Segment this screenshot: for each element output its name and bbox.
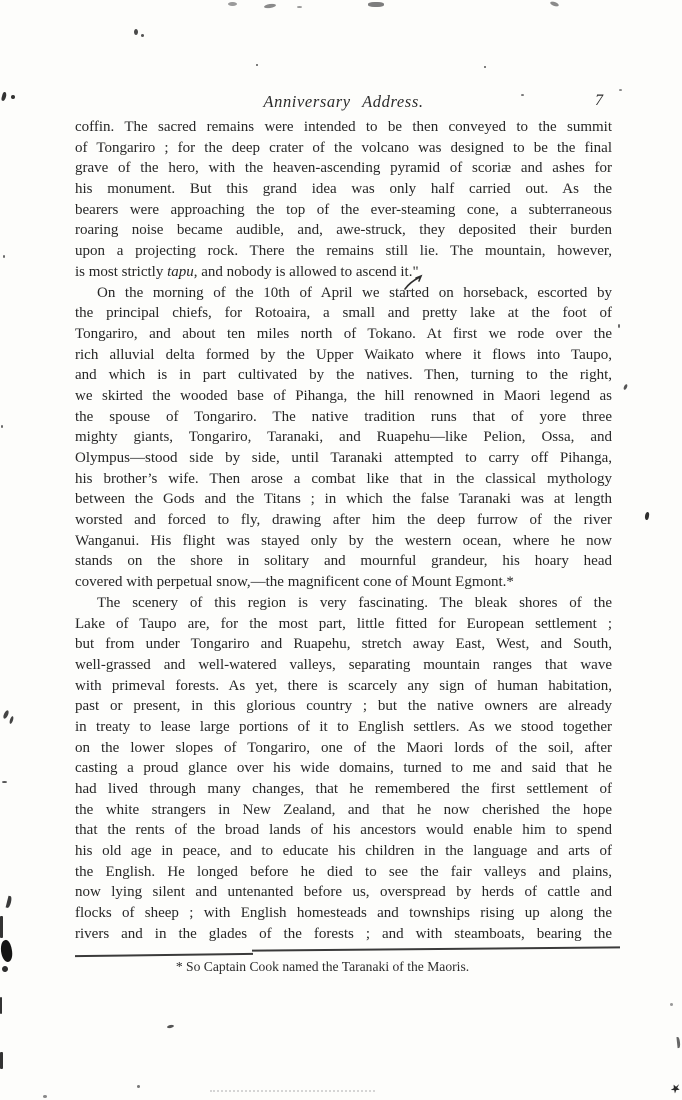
text-line: the English. He longed before he died to… [75,862,612,883]
scan-artifact [1,92,7,102]
scan-artifact [0,1052,3,1069]
scan-artifact [676,1037,680,1048]
text-line: his brother’s wife. Then arose a combat … [75,469,612,490]
scan-artifact [670,1082,682,1095]
scan-artifact [0,916,3,938]
scan-artifact [43,1095,47,1098]
text-line: his old age in peace, and to educate his… [75,841,612,862]
footnote-rule [252,946,620,951]
text-line: On the morning of the 10th of April we s… [75,283,612,304]
text-line: between the Gods and the Titans ; in whi… [75,489,612,510]
text-line: rivers and in the glades of the forests … [75,924,612,945]
scan-artifact [1,425,3,428]
text-line: covered with perpetual snow,—the magnifi… [75,572,612,593]
text-line: Wanganui. His flight was stayed only by … [75,531,612,552]
running-title: Anniversary Address. [75,92,612,112]
scan-artifact [521,94,524,96]
ink-blot [0,939,14,963]
text-line: Lake of Taupo are, for the most part, li… [75,614,612,635]
scan-artifact [484,66,486,68]
text-line: in treaty to lease large portions of it … [75,717,612,738]
text-line: flocks of sheep ; with English homestead… [75,903,612,924]
text-line: on the lower slopes of Tongariro, one of… [75,738,612,759]
scan-artifact [670,1003,673,1006]
page-number: 7 [595,92,603,110]
text-line: past or present, in this glorious countr… [75,696,612,717]
paragraph: On the morning of the 10th of April we s… [75,283,612,593]
scan-artifact [141,34,144,37]
text-line: roaring noise became audible, and, awe-s… [75,220,612,241]
text-line: worsted and forced to fly, drawing after… [75,510,612,531]
scan-artifact [0,997,2,1014]
text-line: coffin. The sacred remains were intended… [75,117,612,138]
text-line: and which is in part cultivated by the n… [75,365,612,386]
text-line: but from under Tongariro and Ruapehu, st… [75,634,612,655]
scan-artifact [210,1090,375,1092]
scan-artifact [9,716,14,725]
text-line: bearers were approaching the top of the … [75,200,612,221]
text-line: stands on the shore in solitary and mour… [75,551,612,572]
scan-artifact [3,255,5,258]
text-line: is most strictly tapu, and nobody is all… [75,262,612,283]
text-line: Olympus—stood side by side, until Tarana… [75,448,612,469]
scan-artifact [167,1024,174,1028]
book-page: Anniversary Address. 7 coffin. The sacre… [0,0,682,1100]
text-line: that the rents of the broad lands of his… [75,820,612,841]
text-line: casting a proud glance over his wide dom… [75,758,612,779]
text-line: his monument. But this grand idea was on… [75,179,612,200]
scan-artifact [137,1085,140,1088]
paragraph: coffin. The sacred remains were intended… [75,117,612,283]
text-line: The scenery of this region is very fasci… [75,593,612,614]
text-line: with primeval forests. As yet, there is … [75,676,612,697]
text-line: mighty giants, Tongariro, Taranaki, and … [75,427,612,448]
scan-artifact [297,6,302,8]
scan-artifact [134,29,138,35]
scan-artifact [644,512,650,521]
text-line: grave of the hero, with the heaven-ascen… [75,158,612,179]
text-line: the spouse of Tongariro. The native trad… [75,407,612,428]
pen-stroke-mark [402,274,426,292]
text-line: now lying silent and untenanted before u… [75,882,612,903]
scan-artifact [623,384,628,391]
scan-artifact [2,710,9,720]
footnote: * So Captain Cook named the Taranaki of … [75,959,612,975]
scan-artifact [256,64,258,66]
scan-artifact [6,896,13,909]
text-line: we skirted the wooded base of Pihanga, t… [75,386,612,407]
page-header: Anniversary Address. 7 [75,92,612,114]
scan-artifact [228,2,237,6]
text-line: the white strangers in New Zealand, and … [75,800,612,821]
scan-artifact [368,2,384,7]
text-line: Tongariro, and about ten miles north of … [75,324,612,345]
scan-artifact [1,965,9,973]
body-text: coffin. The sacred remains were intended… [75,117,612,945]
scan-artifact [619,89,622,91]
scan-artifact [618,324,620,328]
footnote-rule [75,953,253,957]
scan-artifact [264,3,276,9]
paragraph: The scenery of this region is very fasci… [75,593,612,945]
scan-artifact [550,1,560,8]
text-line: of Tongariro ; for the deep crater of th… [75,138,612,159]
scan-artifact [11,95,15,99]
scan-artifact [2,781,7,783]
text-line: rich alluvial delta formed by the Upper … [75,345,612,366]
text-line: well-grassed and well-watered valleys, s… [75,655,612,676]
text-line: the principal chiefs, for Rotoaira, a sm… [75,303,612,324]
text-line: upon a projecting rock. There the remain… [75,241,612,262]
text-line: had lived through many changes, that he … [75,779,612,800]
